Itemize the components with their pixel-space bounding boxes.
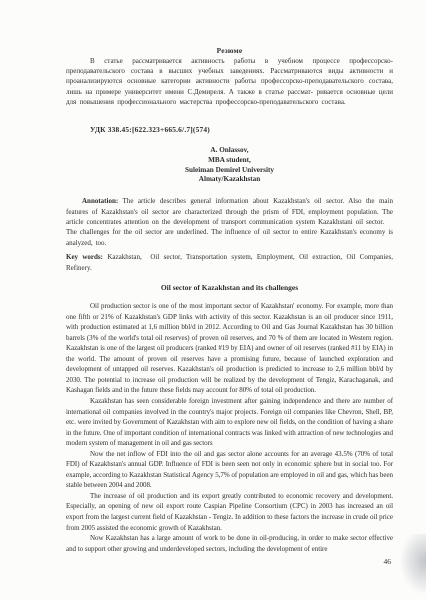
author-role: MBA student, [66, 156, 393, 166]
keywords-text: Kazakhstan, Oil sector, Transportation s… [66, 253, 393, 271]
article-paragraph-3: Now the net inflow of FDI into the oil a… [66, 449, 393, 491]
resume-paragraph: В статье рассматривается активность рабо… [66, 56, 393, 107]
udc-code: УДК 338.45:[622.323+665.6/.7](574) [90, 125, 393, 134]
keywords-label: Key words: [66, 253, 103, 261]
keywords-paragraph: Key words: Kazakhstan, Oil sector, Trans… [66, 252, 393, 273]
scanned-paper-page: Резюме В статье рассматривается активнос… [0, 0, 426, 600]
scan-artifact-smudge [400, 534, 426, 594]
author-university: Suleiman Demirel University [66, 166, 393, 176]
author-location: Almaty/Kazakhstan [66, 175, 393, 185]
annotation-label: Annotation: [82, 197, 118, 205]
article-paragraph-5: Now Kazakhstan has a large amount of wor… [66, 533, 393, 554]
resume-title: Резюме [66, 46, 393, 55]
article-paragraph-4: The increase of oil production and its e… [66, 491, 393, 533]
article-paragraph-1: Oil production sector is one of the most… [66, 301, 393, 396]
annotation-paragraph: Annotation: The article describes genera… [66, 196, 393, 248]
page-content: Резюме В статье рассматривается активнос… [66, 46, 393, 566]
page-number: 46 [66, 557, 393, 566]
author-block: A. Onlassov, MBA student, Suleiman Demir… [66, 146, 393, 185]
article-heading: Oil sector of Kazakhstan and its challen… [66, 283, 393, 292]
article-paragraph-2: Kazakhstan has seen considerable foreign… [66, 396, 393, 449]
author-name: A. Onlassov, [66, 146, 393, 156]
